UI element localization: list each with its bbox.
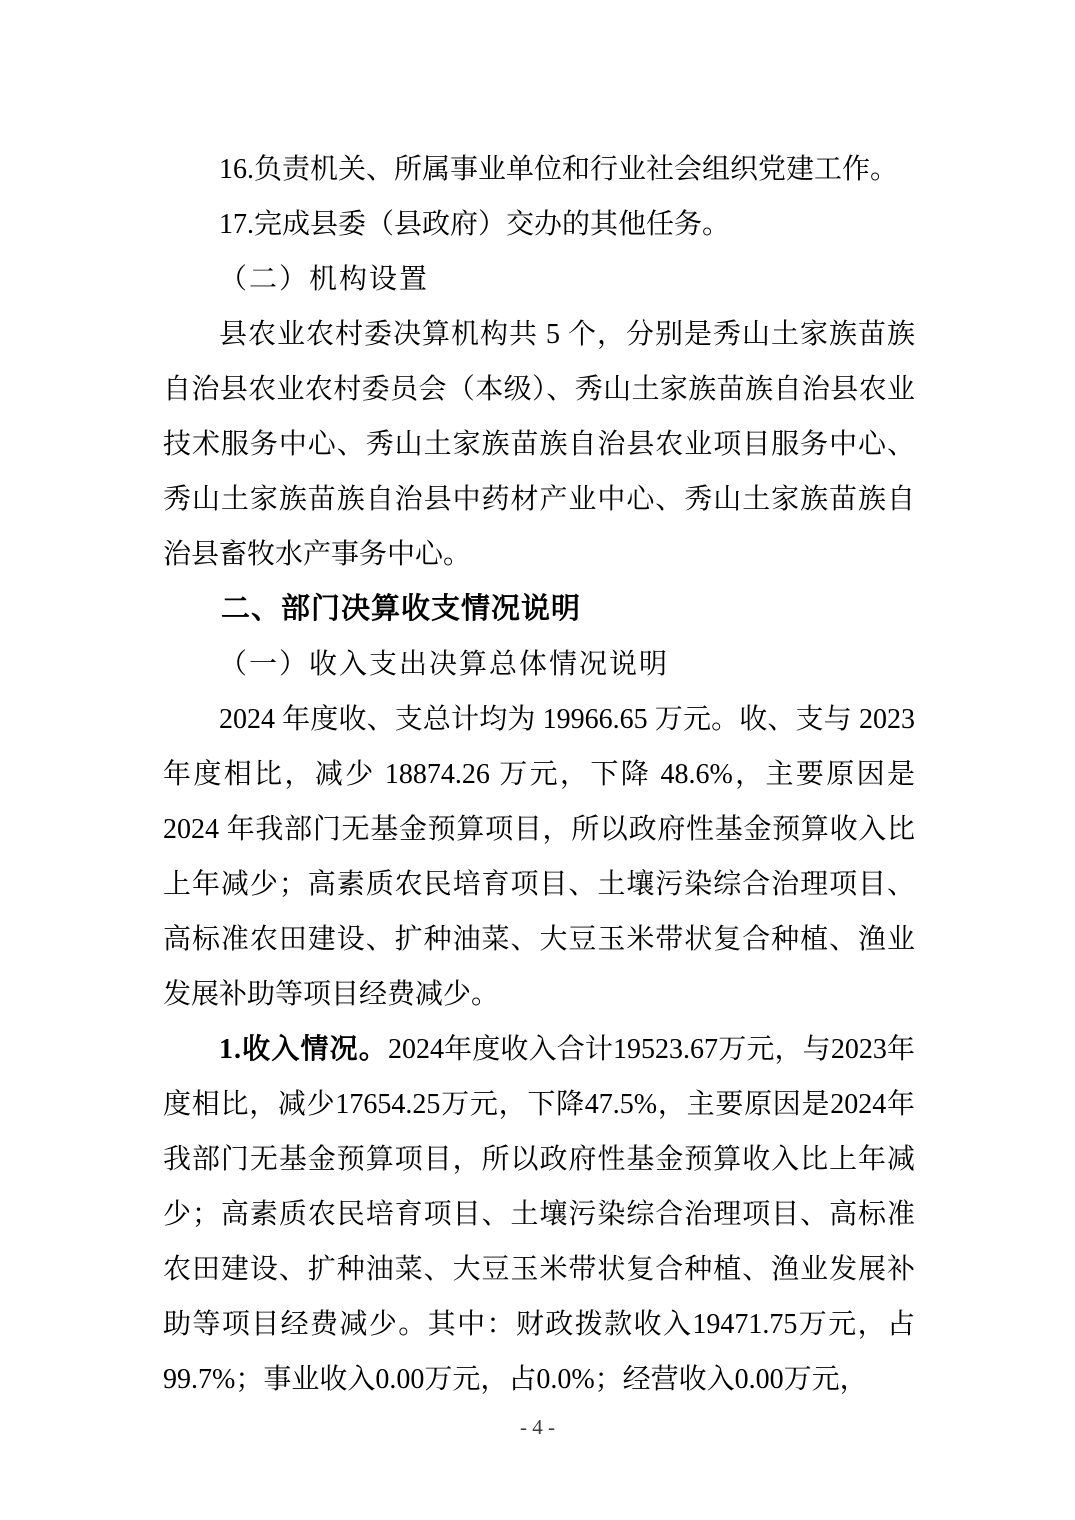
paragraph-total-income-expense: 2024 年度收、支总计均为 19966.65 万元。收、支与 2023 年度相… xyxy=(163,692,915,1022)
document-page: 16.负责机关、所属事业单位和行业社会组织党建工作。 17.完成县委（县政府）交… xyxy=(0,0,1075,1520)
subsection-heading-overall-statement: （一）收入支出决算总体情况说明 xyxy=(163,637,915,692)
duty-item-16: 16.负责机关、所属事业单位和行业社会组织党建工作。 xyxy=(163,142,915,197)
page-number: - 4 - xyxy=(0,1412,1075,1442)
income-section-text: 2024年度收入合计19523.67万元，与2023年度相比，减少17654.2… xyxy=(163,1034,915,1395)
section-heading-budget-statement: 二、部门决算收支情况说明 xyxy=(163,582,915,637)
subsection-heading-org-setup: （二）机构设置 xyxy=(163,252,915,307)
duty-item-17: 17.完成县委（县政府）交办的其他任务。 xyxy=(163,197,915,252)
paragraph-income-detail: 1.收入情况。2024年度收入合计19523.67万元，与2023年度相比，减少… xyxy=(163,1022,915,1407)
paragraph-org-setup: 县农业农村委决算机构共 5 个，分别是秀山土家族苗族自治县农业农村委员会（本级）… xyxy=(163,307,915,582)
document-body: 16.负责机关、所属事业单位和行业社会组织党建工作。 17.完成县委（县政府）交… xyxy=(163,142,915,1407)
income-section-lead-label: 1.收入情况。 xyxy=(219,1034,388,1065)
